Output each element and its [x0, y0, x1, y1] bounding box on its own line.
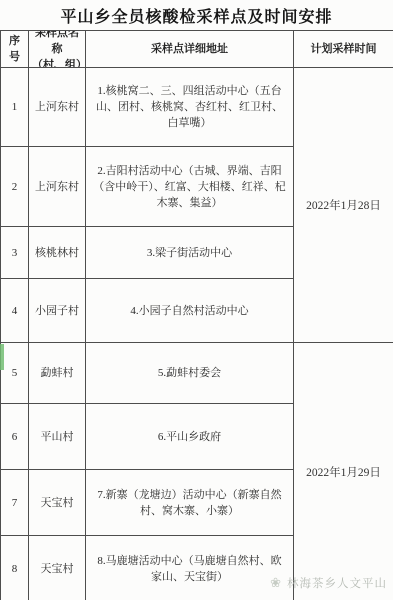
row6-name: 平山村 — [29, 404, 86, 470]
row7-address: 7.新寨（龙塘边）活动中心（新寨自然村、窝木寨、小寨） — [86, 470, 294, 536]
sampling-table: 序号 采样点名称 （村、组） 采样点详细地址 计划采样时间 2022年1月28日… — [0, 30, 393, 600]
row3-address: 3.梁子街活动中心 — [86, 227, 294, 279]
flower-logo-icon: ❀ — [270, 576, 282, 591]
row2-name: 上河东村 — [29, 147, 86, 227]
header-time: 计划采样时间 — [294, 31, 393, 68]
row1-name: 上河东村 — [29, 68, 86, 147]
row2-address: 2.吉阳村活动中心（古城、界端、吉阳（含中岭干）、红富、大相楼、红祥、杞木寨、集… — [86, 147, 294, 227]
row7-index: 7 — [1, 470, 29, 536]
row4-name: 小园子村 — [29, 279, 86, 343]
row5-address: 5.勐蚌村委会 — [86, 343, 294, 404]
row1-index: 1 — [1, 68, 29, 147]
row3-index: 3 — [1, 227, 29, 279]
row8-index: 8 — [1, 536, 29, 600]
time-cell-jan29: 2022年1月29日 — [294, 343, 393, 600]
row3-name: 核桃林村 — [29, 227, 86, 279]
time-cell-jan28: 2022年1月28日 — [294, 68, 393, 343]
row6-address: 6.平山乡政府 — [86, 404, 294, 470]
row5-index: 5 — [1, 343, 29, 404]
document-page: 平山乡全员核酸检采样点及时间安排 序号 采样点名称 （村、组） 采样点详细地址 … — [0, 0, 393, 600]
watermark-text: 林海茶乡人文平山 — [287, 575, 387, 591]
row8-address: 8.马鹿塘活动中心（马鹿塘自然村、欧家山、天宝街） — [86, 536, 294, 600]
row1-address: 1.核桃窝二、三、四组活动中心（五台山、团村、核桃窝、杏红村、红卫村、白草嘴） — [86, 68, 294, 147]
header-name-line1: 采样点名称 — [32, 31, 82, 57]
row2-index: 2 — [1, 147, 29, 227]
header-address: 采样点详细地址 — [86, 31, 294, 68]
row6-index: 6 — [1, 404, 29, 470]
header-name-line2: （村、组） — [32, 57, 82, 68]
page-title: 平山乡全员核酸检采样点及时间安排 — [0, 0, 393, 30]
row4-index: 4 — [1, 279, 29, 343]
row8-name: 天宝村 — [29, 536, 86, 600]
header-name: 采样点名称 （村、组） — [29, 31, 86, 68]
green-edge-accent — [0, 344, 4, 370]
watermark: ❀ 林海茶乡人文平山 — [270, 575, 387, 591]
header-index: 序号 — [1, 31, 29, 68]
row7-name: 天宝村 — [29, 470, 86, 536]
row5-name: 勐蚌村 — [29, 343, 86, 404]
row4-address: 4.小园子自然村活动中心 — [86, 279, 294, 343]
